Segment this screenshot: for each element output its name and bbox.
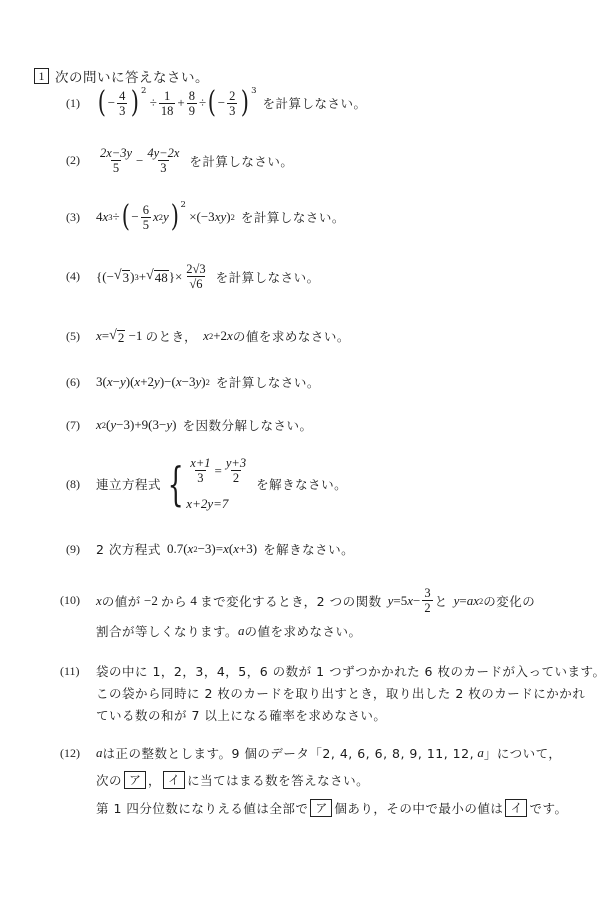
problem-5: (5) x=√2 −1 のとき， x2+2x の値を求めなさい。 bbox=[66, 327, 350, 345]
problem-instruction: を計算しなさい。 bbox=[216, 373, 320, 391]
problem-7: (7) x2(y−3)+9(3−y) を因数分解しなさい。 bbox=[66, 416, 312, 434]
problem-10: (10) xの値が −2 から 4 まで変化するとき， 2 つの関数 y=5x−… bbox=[60, 586, 535, 615]
answer-box-a: ア bbox=[124, 771, 146, 789]
problem-12: (12) a は正の整数とします。9 個のデータ「2, 4, 6, 6, 8, … bbox=[60, 740, 567, 822]
problem-2: (2) 2x−3y5 − 4y−2x3 を計算しなさい。 bbox=[66, 146, 293, 175]
answer-box-i: イ bbox=[163, 771, 185, 789]
problem-4: (4) {(−√3)3 +√48}× 2√3√6 を計算しなさい。 bbox=[66, 262, 320, 291]
problem-11: (11) 袋の中に 1，2，3，4，5，6 の数が 1 つずつかかれた 6 枚の… bbox=[60, 660, 600, 726]
problem-1: (1) (− 43 )2 ÷ 118 + 89 ÷ (− 23 )3 を計算しな… bbox=[66, 88, 367, 118]
problem-instruction: を解きなさい。 bbox=[263, 540, 354, 558]
problem-8: (8) 連立方程式 { x+13 = y+32 x+2y=7 を解きなさい。 bbox=[66, 456, 347, 512]
answer-box-a: ア bbox=[310, 799, 332, 817]
section-instruction: 次の問いに答えなさい。 bbox=[55, 66, 209, 86]
section-number: 1 bbox=[34, 68, 49, 84]
problem-9: (9) 2 次方程式 0.7(x2−3)=x(x+3) を解きなさい。 bbox=[66, 540, 354, 558]
section-header: 1 次の問いに答えなさい。 bbox=[34, 66, 209, 86]
answer-box-i: イ bbox=[505, 799, 527, 817]
problem-label: (9) bbox=[66, 542, 96, 557]
problem-instruction: を解きなさい。 bbox=[256, 475, 347, 493]
problem-instruction: を計算しなさい。 bbox=[241, 208, 345, 226]
problem-label: (5) bbox=[66, 329, 96, 344]
problem-label: (1) bbox=[66, 96, 96, 111]
problem-3: (3) 4x3÷ (− 65 x2y )2 ×(−3xy)2 を計算しなさい。 bbox=[66, 202, 345, 232]
problem-instruction: を計算しなさい。 bbox=[263, 94, 367, 112]
problem-label: (11) bbox=[60, 664, 96, 679]
problem-label: (12) bbox=[60, 746, 96, 761]
problem-label: (6) bbox=[66, 375, 96, 390]
problem-label: (7) bbox=[66, 418, 96, 433]
problem-label: (8) bbox=[66, 477, 96, 492]
problem-label: (10) bbox=[60, 593, 96, 608]
problem-instruction: の値を求めなさい。 bbox=[233, 327, 350, 345]
problem-label: (2) bbox=[66, 153, 96, 168]
problem-instruction: を因数分解しなさい。 bbox=[182, 416, 312, 434]
problem-6: (6) 3(x−y)(x+2y)−(x−3y)2 を計算しなさい。 bbox=[66, 373, 320, 391]
problem-instruction: を計算しなさい。 bbox=[216, 268, 320, 286]
problem-label: (3) bbox=[66, 210, 96, 225]
problem-label: (4) bbox=[66, 269, 96, 284]
problem-10-line2: 割合が等しくなります。 a の値を求めなさい。 bbox=[96, 622, 362, 640]
problem-instruction: を計算しなさい。 bbox=[189, 152, 293, 170]
